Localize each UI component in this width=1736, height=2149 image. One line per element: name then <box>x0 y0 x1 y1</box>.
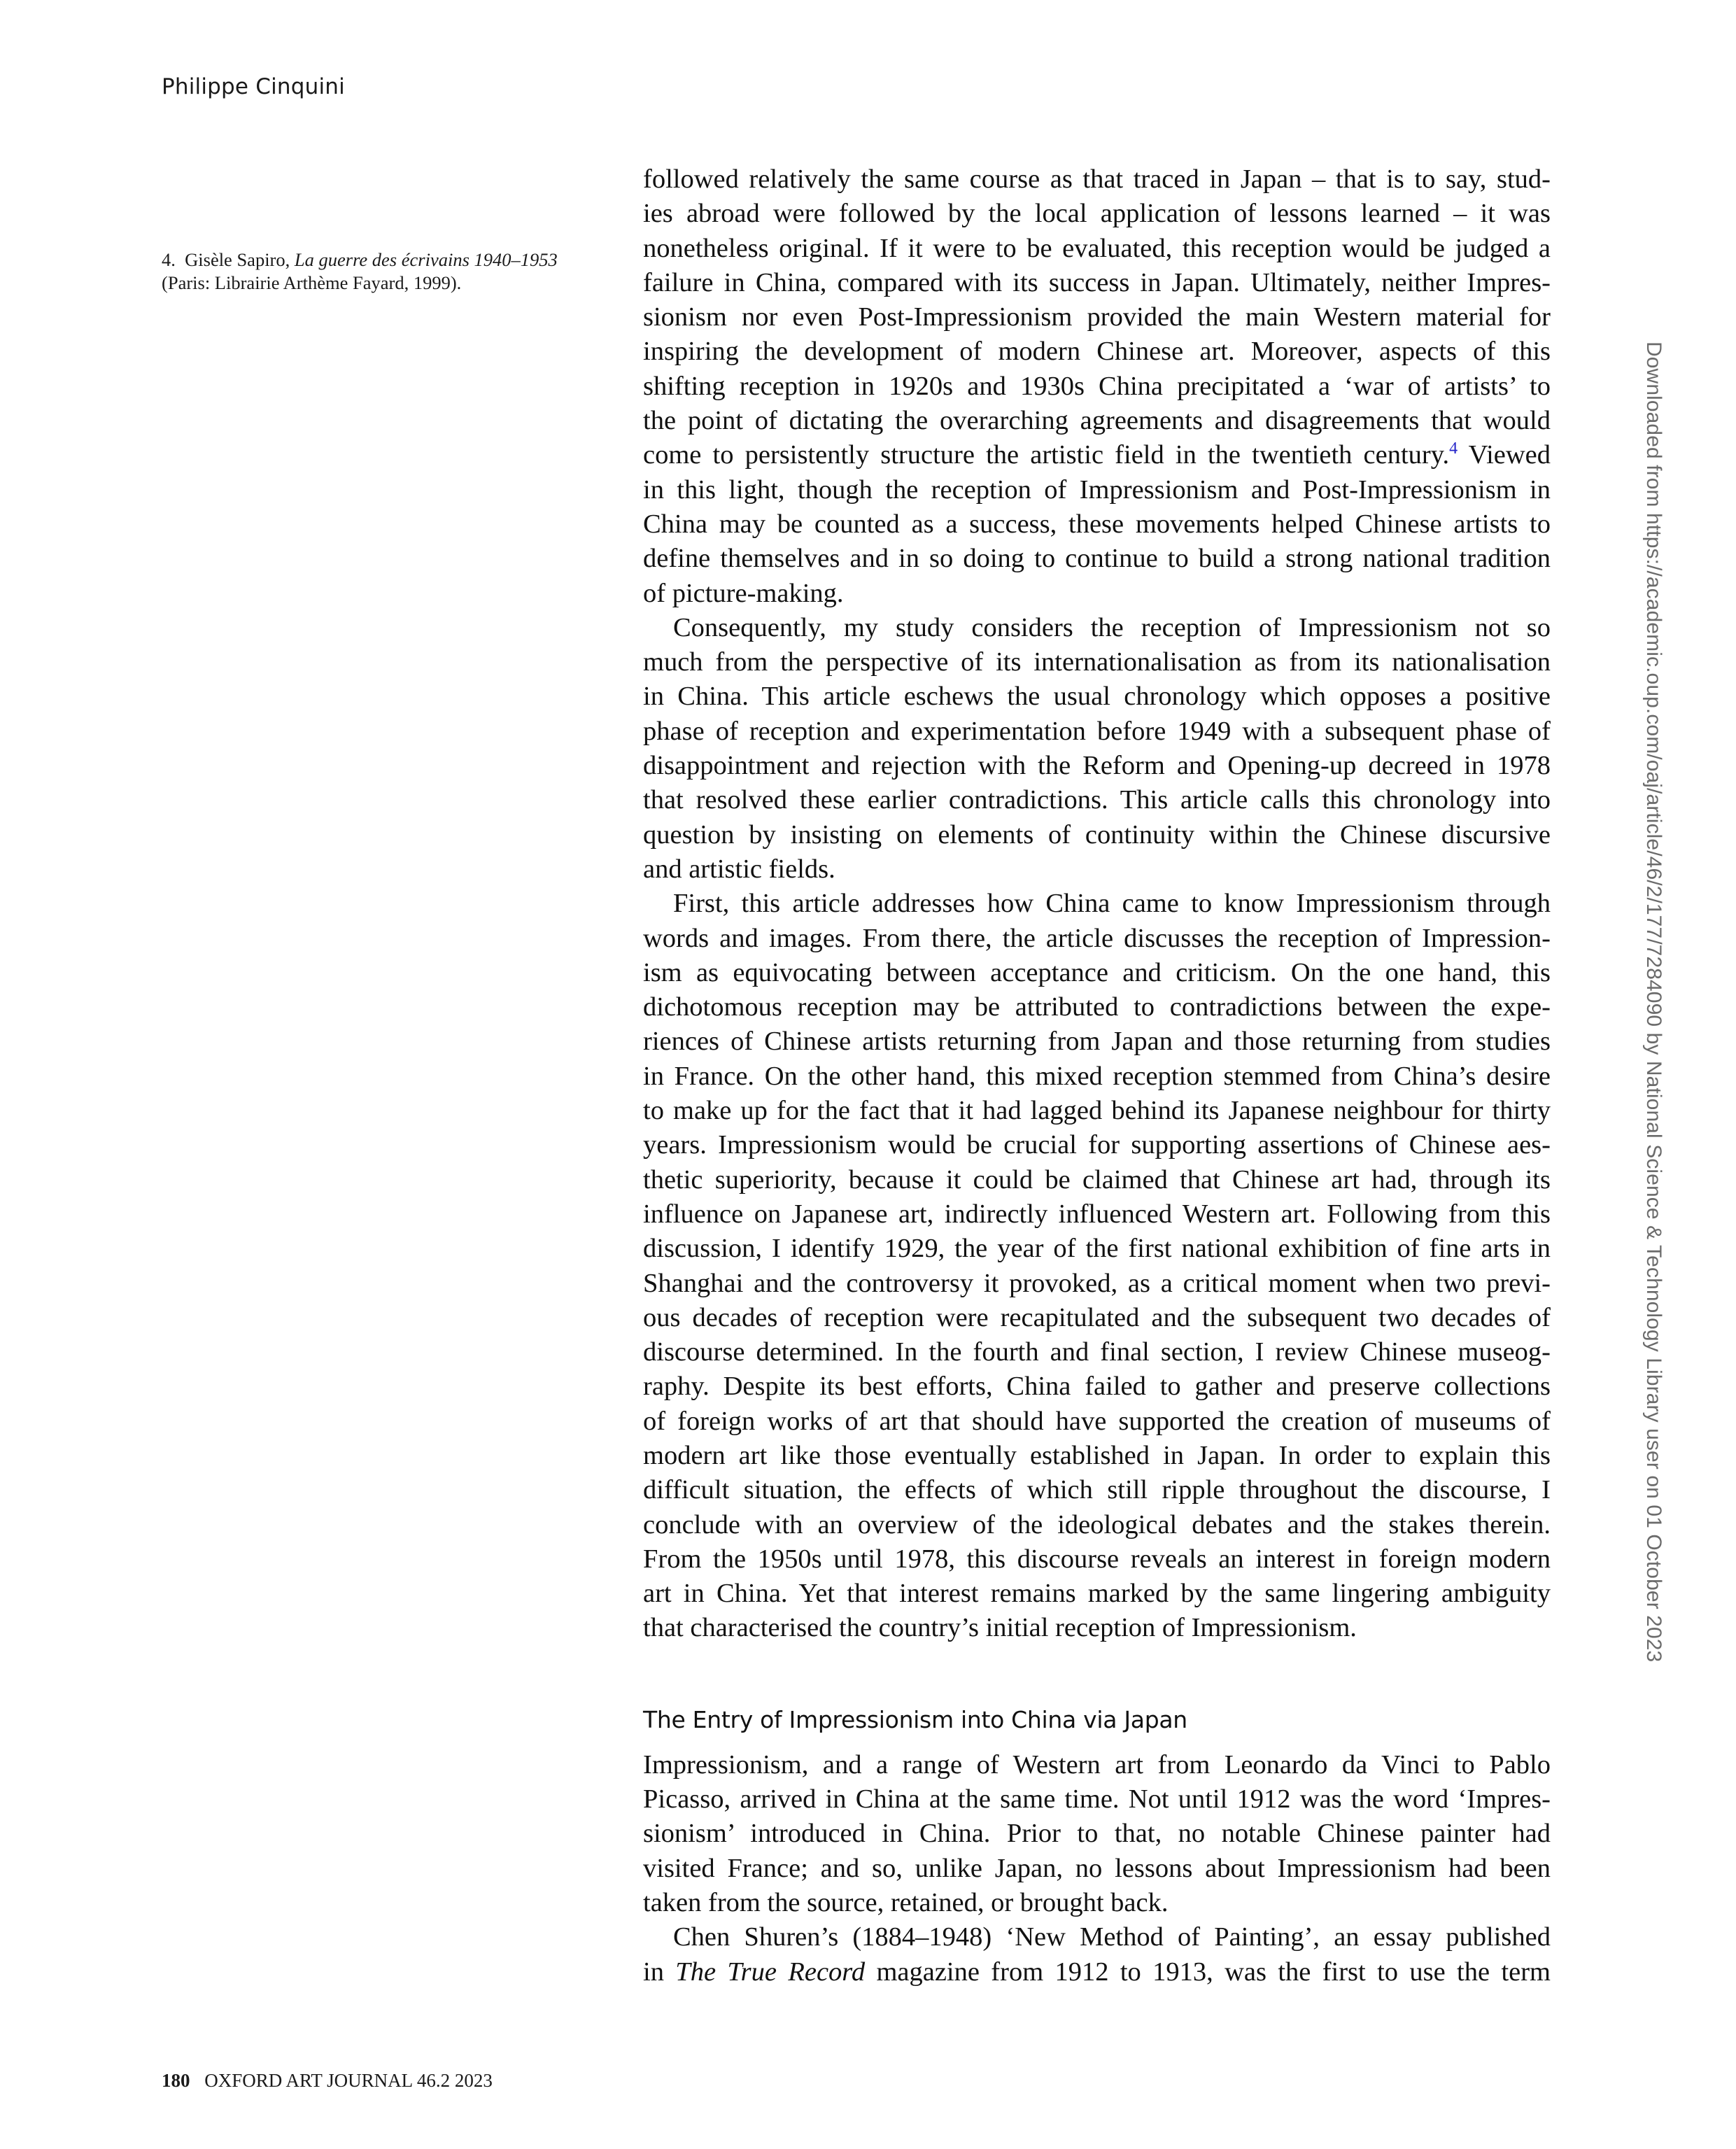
footnote-ref-link[interactable]: 4 <box>1449 439 1458 458</box>
text-line-with-italic-title: in The True Record magazine from 1912 to… <box>643 1955 1551 1989</box>
download-watermark: Downloaded from https://academic.oup.com… <box>1642 341 1665 1662</box>
text-line: in this light, though the reception of I… <box>643 473 1551 507</box>
text-line: failure in China, compared with its succ… <box>643 266 1551 300</box>
text-line: that characterised the country’s initial… <box>643 1611 1551 1645</box>
text-line: discourse determined. In the fourth and … <box>643 1335 1551 1369</box>
paragraph-2: Consequently, my study considers the rec… <box>643 611 1551 887</box>
text-line: Chen Shuren’s (1884–1948) ‘New Method of… <box>643 1920 1551 1954</box>
footnote-4: 4. Gisèle Sapiro, La guerre des écrivain… <box>162 248 595 295</box>
section-heading: The Entry of Impressionism into China vi… <box>643 1706 1551 1734</box>
text-line: in China. This article eschews the usual… <box>643 679 1551 714</box>
text-line: words and images. From there, the articl… <box>643 922 1551 956</box>
article-body: followed relatively the same course as t… <box>643 162 1551 1989</box>
text-segment: magazine from 1912 to 1913, was the firs… <box>865 1957 1551 1987</box>
footnote-number: 4. <box>162 249 176 270</box>
text-line: sionism nor even Post-Impressionism prov… <box>643 300 1551 334</box>
text-line: discussion, I identify 1929, the year of… <box>643 1232 1551 1266</box>
text-line: conclude with an overview of the ideolog… <box>643 1508 1551 1542</box>
text-line: modern art like those eventually establi… <box>643 1439 1551 1473</box>
text-line: difficult situation, the effects of whic… <box>643 1473 1551 1507</box>
text-line: of foreign works of art that should have… <box>643 1404 1551 1439</box>
text-line: and artistic fields. <box>643 852 1551 887</box>
text-line: to make up for the fact that it had lagg… <box>643 1094 1551 1128</box>
text-line: taken from the source, retained, or brou… <box>643 1886 1551 1920</box>
text-line: nonetheless original. If it were to be e… <box>643 232 1551 266</box>
text-line: riences of Chinese artists returning fro… <box>643 1024 1551 1059</box>
section-paragraph-2: Chen Shuren’s (1884–1948) ‘New Method of… <box>643 1920 1551 1989</box>
text-line: thetic superiority, because it could be … <box>643 1163 1551 1197</box>
text-line: influence on Japanese art, indirectly in… <box>643 1197 1551 1232</box>
text-line: much from the perspective of its interna… <box>643 645 1551 679</box>
text-line: of picture-making. <box>643 577 1551 611</box>
text-line: Consequently, my study considers the rec… <box>643 611 1551 645</box>
text-line: Picasso, arrived in China at the same ti… <box>643 1782 1551 1817</box>
magazine-title: The True Record <box>675 1957 865 1987</box>
paragraph-1: followed relatively the same course as t… <box>643 162 1551 611</box>
text-line: Shanghai and the controversy it provoked… <box>643 1267 1551 1301</box>
text-line: inspiring the development of modern Chin… <box>643 334 1551 369</box>
text-line: the point of dictating the overarching a… <box>643 404 1551 438</box>
text-line: years. Impressionism would be crucial fo… <box>643 1128 1551 1162</box>
text-line: raphy. Despite its best efforts, China f… <box>643 1369 1551 1404</box>
text-line: ous decades of reception were recapitula… <box>643 1301 1551 1335</box>
text-line: From the 1950s until 1978, this discours… <box>643 1542 1551 1577</box>
text-segment: in <box>643 1957 675 1987</box>
text-line: art in China. Yet that interest remains … <box>643 1577 1551 1611</box>
text-line: dichotomous reception may be attributed … <box>643 990 1551 1024</box>
text-line: ies abroad were followed by the local ap… <box>643 197 1551 231</box>
running-head-author: Philippe Cinquini <box>162 74 345 99</box>
text-line: visited France; and so, unlike Japan, no… <box>643 1852 1551 1886</box>
text-line: disappointment and rejection with the Re… <box>643 749 1551 783</box>
text-line: followed relatively the same course as t… <box>643 162 1551 197</box>
footnote-author: Gisèle Sapiro, <box>185 249 290 270</box>
page-number: 180 <box>162 2070 190 2091</box>
journal-citation: OXFORD ART JOURNAL 46.2 2023 <box>204 2070 493 2091</box>
text-line: sionism’ introduced in China. Prior to t… <box>643 1817 1551 1851</box>
paragraph-3: First, this article addresses how China … <box>643 887 1551 1646</box>
text-segment: Viewed <box>1458 440 1551 470</box>
text-segment: come to persistently structure the artis… <box>643 440 1449 470</box>
text-line: shifting reception in 1920s and 1930s Ch… <box>643 369 1551 404</box>
text-line: First, this article addresses how China … <box>643 887 1551 921</box>
text-line: in France. On the other hand, this mixed… <box>643 1059 1551 1094</box>
text-line: China may be counted as a success, these… <box>643 507 1551 542</box>
text-line: define themselves and in so doing to con… <box>643 542 1551 576</box>
footnote-publication: (Paris: Librairie Arthème Fayard, 1999). <box>162 272 461 293</box>
text-line: that resolved these earlier contradictio… <box>643 783 1551 817</box>
text-line: phase of reception and experimentation b… <box>643 714 1551 749</box>
page-footer: 180 OXFORD ART JOURNAL 46.2 2023 <box>162 2070 493 2092</box>
section-paragraph-1: Impressionism, and a range of Western ar… <box>643 1748 1551 1920</box>
footnote-title: La guerre des écrivains 1940–1953 <box>295 249 558 270</box>
text-line-with-footnote: come to persistently structure the artis… <box>643 438 1551 472</box>
text-line: question by insisting on elements of con… <box>643 818 1551 852</box>
text-line: ism as equivocating between acceptance a… <box>643 956 1551 990</box>
text-line: Impressionism, and a range of Western ar… <box>643 1748 1551 1782</box>
